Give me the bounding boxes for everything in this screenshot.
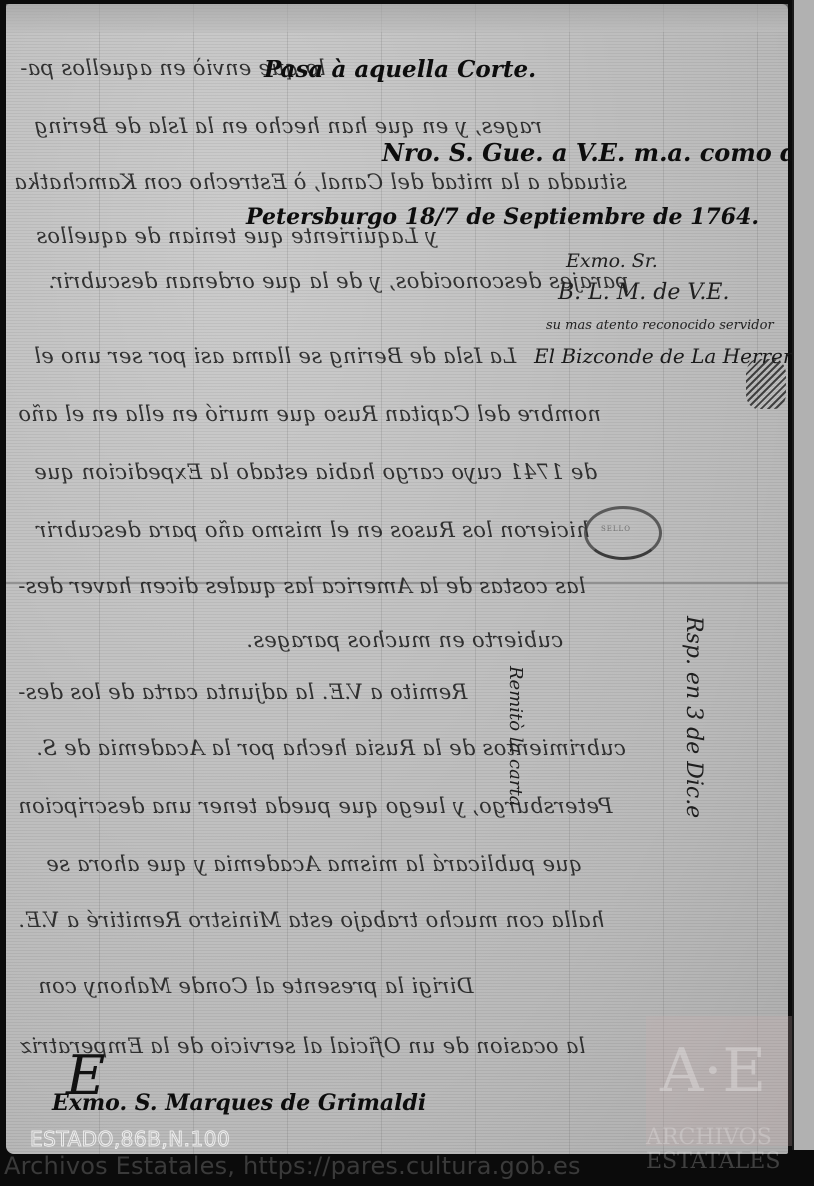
text-servant: su mas atento reconocido servidor [546,318,774,333]
bleed-line-8: de 1741 cuyo cargo habia estado la Exped… [34,460,597,484]
margin-note-response: Rsp. en 3 de Dic.e [681,616,706,818]
text-place-date: Petersburgo 18/7 de Septiembre de 1764. [246,204,759,230]
text-pasa-a-aquella-corte: Pasa à aquella Corte. [264,56,536,83]
wax-seal-stamp: SELLO [584,506,662,560]
adjacent-page-edge [792,0,814,1150]
logo-text: ARCHIVOS ESTATALES [646,1126,814,1174]
bleed-line-5: parajes desconocidos, y de la que ordena… [48,269,629,293]
manuscript-page: lo que enviò en aquellos pa- rages, y en… [6,4,788,1154]
bleed-line-13: cubrimientos de la Rusia hecha por la Ac… [36,736,626,760]
text-salutation: Exmo. Sr. [566,250,658,272]
bleed-line-16: halla con mucho trabajo esta Ministro Re… [18,908,604,932]
signature-flourish [746,359,786,409]
bleed-line-3: situada a la mitad del Canal, ò Estrecho… [14,170,627,194]
page-stain [6,4,788,32]
text-closing-formula: Nro. S. Gue. a V.E. m.a. como deseo. [382,138,814,167]
archive-credit: Archivos Estatales, https://pares.cultur… [4,1152,581,1180]
archive-reference: ESTADO,86B,N.100 [30,1127,230,1151]
bleed-line-17: Dirigi la presente al Conde Mahony con [38,974,474,998]
text-blm: B. L. M. de V.E. [558,280,729,305]
logo-mark: A·E [660,1036,766,1106]
bleed-line-12: Remito a V.E. la adjunta carta de los de… [18,680,467,704]
bleed-line-9: hicieron los Rusos en el mismo año para … [36,518,590,542]
text-addressee: Exmo. S. Marques de Grimaldi [52,1090,426,1116]
bleed-line-6: La Isla de Bering se llama asi por ser u… [34,344,516,368]
margin-note-remito: Remitò la carta [505,666,526,806]
bleed-line-10: las costas de la America las quales dice… [18,574,586,598]
archivos-estatales-logo: A·E ARCHIVOS ESTATALES [646,1016,796,1146]
bleed-line-2: rages, y en que han hecho en la Isla de … [34,114,542,138]
bleed-line-7: nombre del Capitan Ruso que murió en ell… [18,402,601,426]
bleed-line-11: cubierto en muchos parages. [246,628,563,652]
seal-text: SELLO [601,525,631,533]
bleed-line-15: que publicará la misma Academia y que ah… [46,852,583,876]
